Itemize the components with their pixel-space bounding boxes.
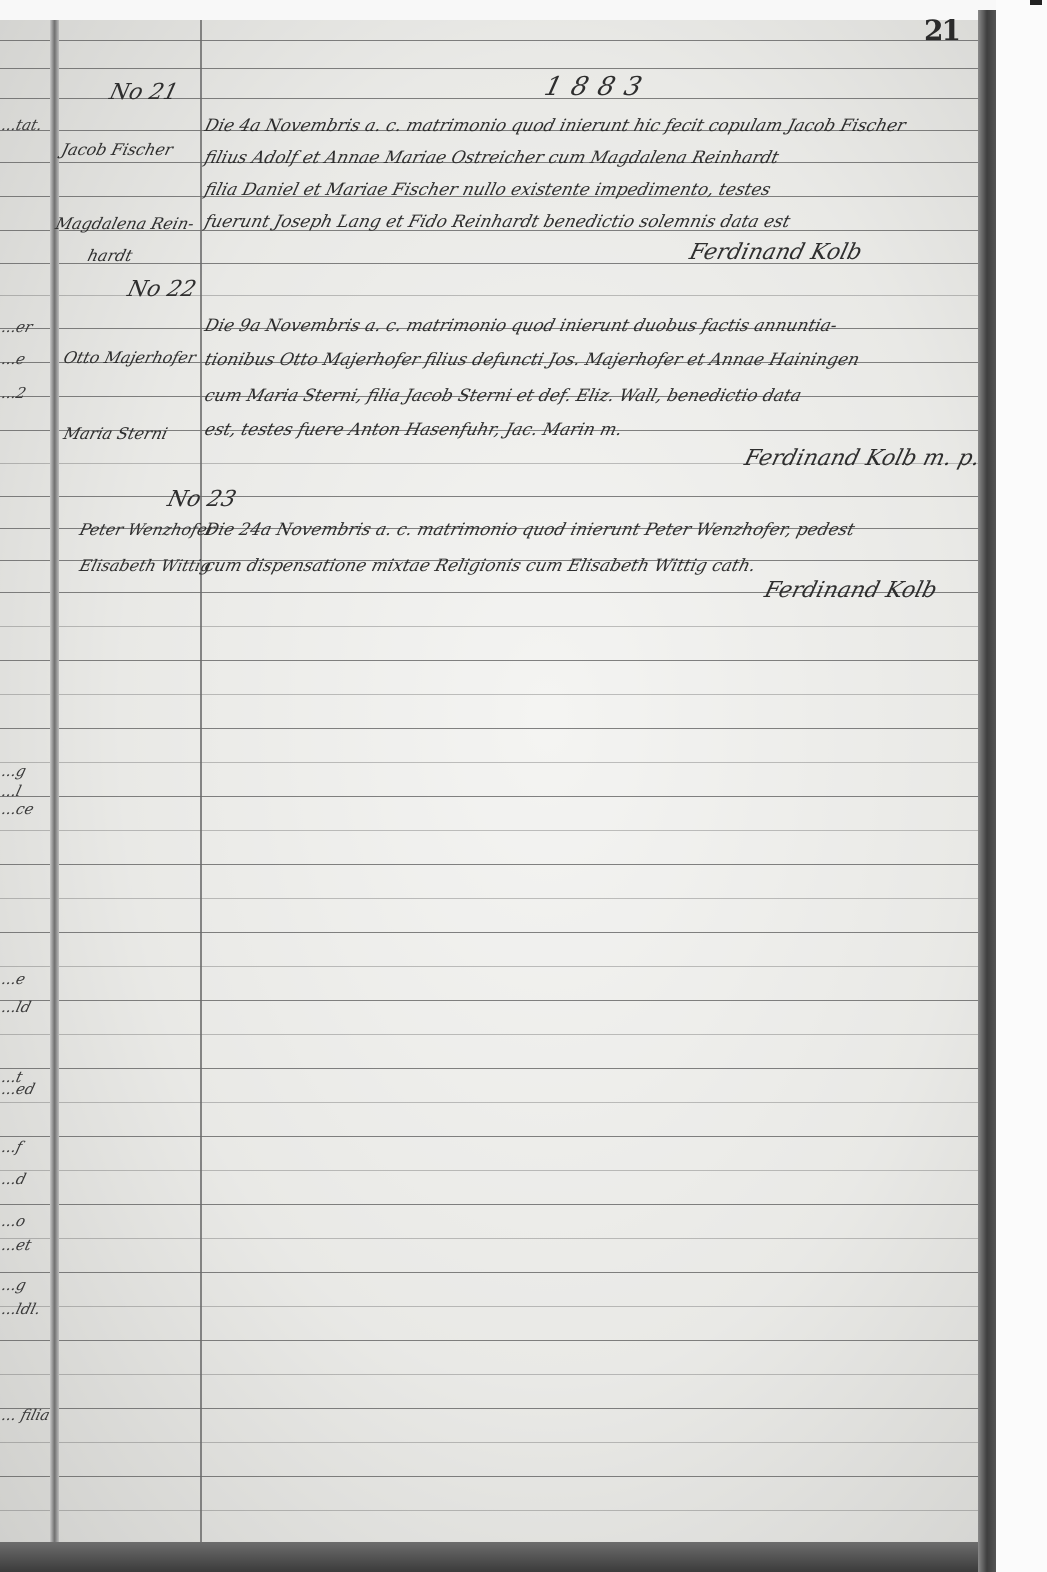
ruled-line [0,728,995,729]
ruled-line [0,762,995,763]
scan-right-border [996,0,1047,1572]
ruled-line [0,1442,995,1443]
ruled-line [0,1102,995,1103]
ruled-line [0,1136,995,1137]
ruled-line [0,864,995,865]
entry-text-line: est, testes fuere Anton Hasenfuhr, Jac. … [203,420,625,440]
margin-fragment: ...e [0,970,27,988]
margin-fragment: ...e [0,350,27,368]
ruled-line [0,40,995,41]
ruled-line [0,660,995,661]
entry-number: No 23 [165,487,239,512]
margin-fragment: ...g [0,1276,28,1294]
ruled-line [0,626,995,627]
entry-text-line: filia Daniel et Mariae Fischer nullo exi… [203,180,773,200]
margin-fragment: ...ldl. [0,1300,43,1318]
ruled-line [0,1510,995,1511]
ruled-line [0,1204,995,1205]
scan-top-border [0,0,1047,20]
entry-text-line: tionibus Otto Majerhofer filius defuncti… [203,350,862,370]
bride-name: Maria Sterni [62,424,170,443]
margin-fragment: ...er [0,318,35,336]
bride-name: Elisabeth Wittig [78,556,213,575]
entry-text-line: Die 4a Novembris a. c. matrimonio quod i… [203,116,908,136]
groom-name: Jacob Fischer [60,140,175,159]
ruled-line [0,68,995,69]
margin-fragment: ...2 [0,384,28,402]
ruled-line [0,898,995,899]
groom-name: Peter Wenzhofer [78,520,217,539]
book-binding-gutter [50,20,59,1572]
ruled-line [0,1476,995,1477]
margin-fragment: ... filia [0,1406,52,1424]
name-column-divider [200,20,202,1572]
priest-signature: Ferdinand Kolb m. p. [742,446,983,471]
page-edge-shadow [978,10,996,1572]
ruled-line [0,1000,995,1001]
margin-fragment: ...ed [0,1080,37,1098]
register-year: 1883 [541,72,655,102]
ruled-line [0,830,995,831]
entry-number: No 21 [107,80,181,105]
margin-fragment: ...tat. [0,116,44,134]
margin-fragment: ...ld [0,998,33,1016]
scan-corner-mark [1030,0,1042,5]
margin-fragment: ...ce [0,800,36,818]
priest-signature: Ferdinand Kolb [687,240,865,265]
entry-text-line: cum Maria Sterni, filia Jacob Sterni et … [203,386,804,406]
ruled-line [0,1408,995,1409]
ruled-line [0,496,995,497]
margin-fragment: ...g [0,762,28,780]
scan-bottom-edge [0,1542,995,1572]
ruled-line [0,932,995,933]
ruled-line [0,1272,995,1273]
ruled-line [0,694,995,695]
bride-name: Magdalena Rein- [54,214,197,233]
entry-text-line: filius Adolf et Annae Mariae Ostreicher … [203,148,781,168]
groom-name: Otto Majerhofer [62,348,198,367]
entry-number: No 22 [125,277,199,302]
margin-fragment: ...et [0,1236,33,1254]
margin-fragment: ...o [0,1212,28,1230]
bride-name-cont: hardt [86,246,135,265]
ruled-line [0,1238,995,1239]
ruled-line [0,1034,995,1035]
entry-text-line: cum dispensatione mixtae Religionis cum … [203,556,758,576]
ruled-line [0,1374,995,1375]
ruled-line [0,966,995,967]
ruled-line [0,1170,995,1171]
margin-fragment: ...d [0,1170,28,1188]
priest-signature: Ferdinand Kolb [762,578,940,603]
ruled-line [0,1340,995,1341]
entry-text-line: Die 24a Novembris a. c. matrimonio quod … [203,520,857,540]
ruled-line [0,1068,995,1069]
ruled-line [0,796,995,797]
entry-text-line: fuerunt Joseph Lang et Fido Reinhardt be… [203,212,793,232]
ruled-line [0,1306,995,1307]
entry-text-line: Die 9a Novembris a. c. matrimonio quod i… [203,316,840,336]
page-number: 21 [924,14,959,47]
